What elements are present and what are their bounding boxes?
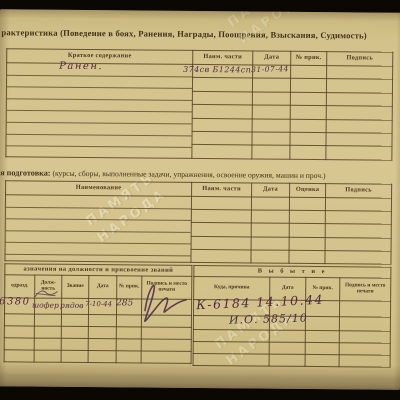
col-date: Дата [270,277,306,300]
table-row [193,299,390,317]
col-subunit: одразд. [5,275,35,298]
departure-table-header: Куда, причина Дата № прик. Подпись и мес… [194,276,391,301]
characteristics-header: рактеристика (Поведение в боях, Ранения,… [1,27,399,40]
table-row [4,350,191,364]
col-signature: Подпись [327,52,393,67]
training-table: Наименование Наим. части Дата Оценка Под… [4,180,392,264]
training-label: я подготовка: [0,168,50,177]
departure-table: В ы б ы т и е Куда, причина Дата № прик.… [193,265,392,368]
name-cell [5,195,192,263]
characteristics-table: Краткое содержание Наим. части Дата № пр… [5,48,393,160]
scan-background: ПАМЯТЬ НАРОДА ПАМЯТЬ НАРОДА ПАМЯТЬ НАРОД… [0,0,400,400]
summary-cell [6,63,193,158]
col-position: Долж-ность [35,275,62,298]
training-detail: (курсы, сборы, выполненные задачи, упраж… [52,169,325,180]
col-order: № прик. [306,277,340,300]
col-order: № прик. [117,276,142,299]
col-order: № прик. [291,51,327,65]
appointments-table: азначения на должности и присвоение зван… [4,263,193,364]
col-unit: Наим. части [192,182,252,197]
col-grade: Оценка [290,183,326,197]
col-date: Дата [253,51,291,65]
col-signature: Подпись [326,184,392,199]
col-signature: Подпись и место печати [340,278,391,301]
document-page: ПАМЯТЬ НАРОДА ПАМЯТЬ НАРОДА ПАМЯТЬ НАРОД… [0,9,400,390]
col-date: Дата [252,183,290,197]
table-row [193,353,390,367]
table-row [4,298,191,316]
col-rank: Звание [62,275,89,298]
col-where: Куда, причина [194,276,270,300]
col-signature: Подпись и место печати [142,276,192,299]
appointments-table-header: одразд. Долж-ность Звание Дата № прик. П… [5,275,192,300]
col-date: Дата [89,276,117,299]
training-section-header: я подготовка: (курсы, сборы, выполненные… [0,168,398,180]
col-unit: Наим. части [193,50,253,65]
